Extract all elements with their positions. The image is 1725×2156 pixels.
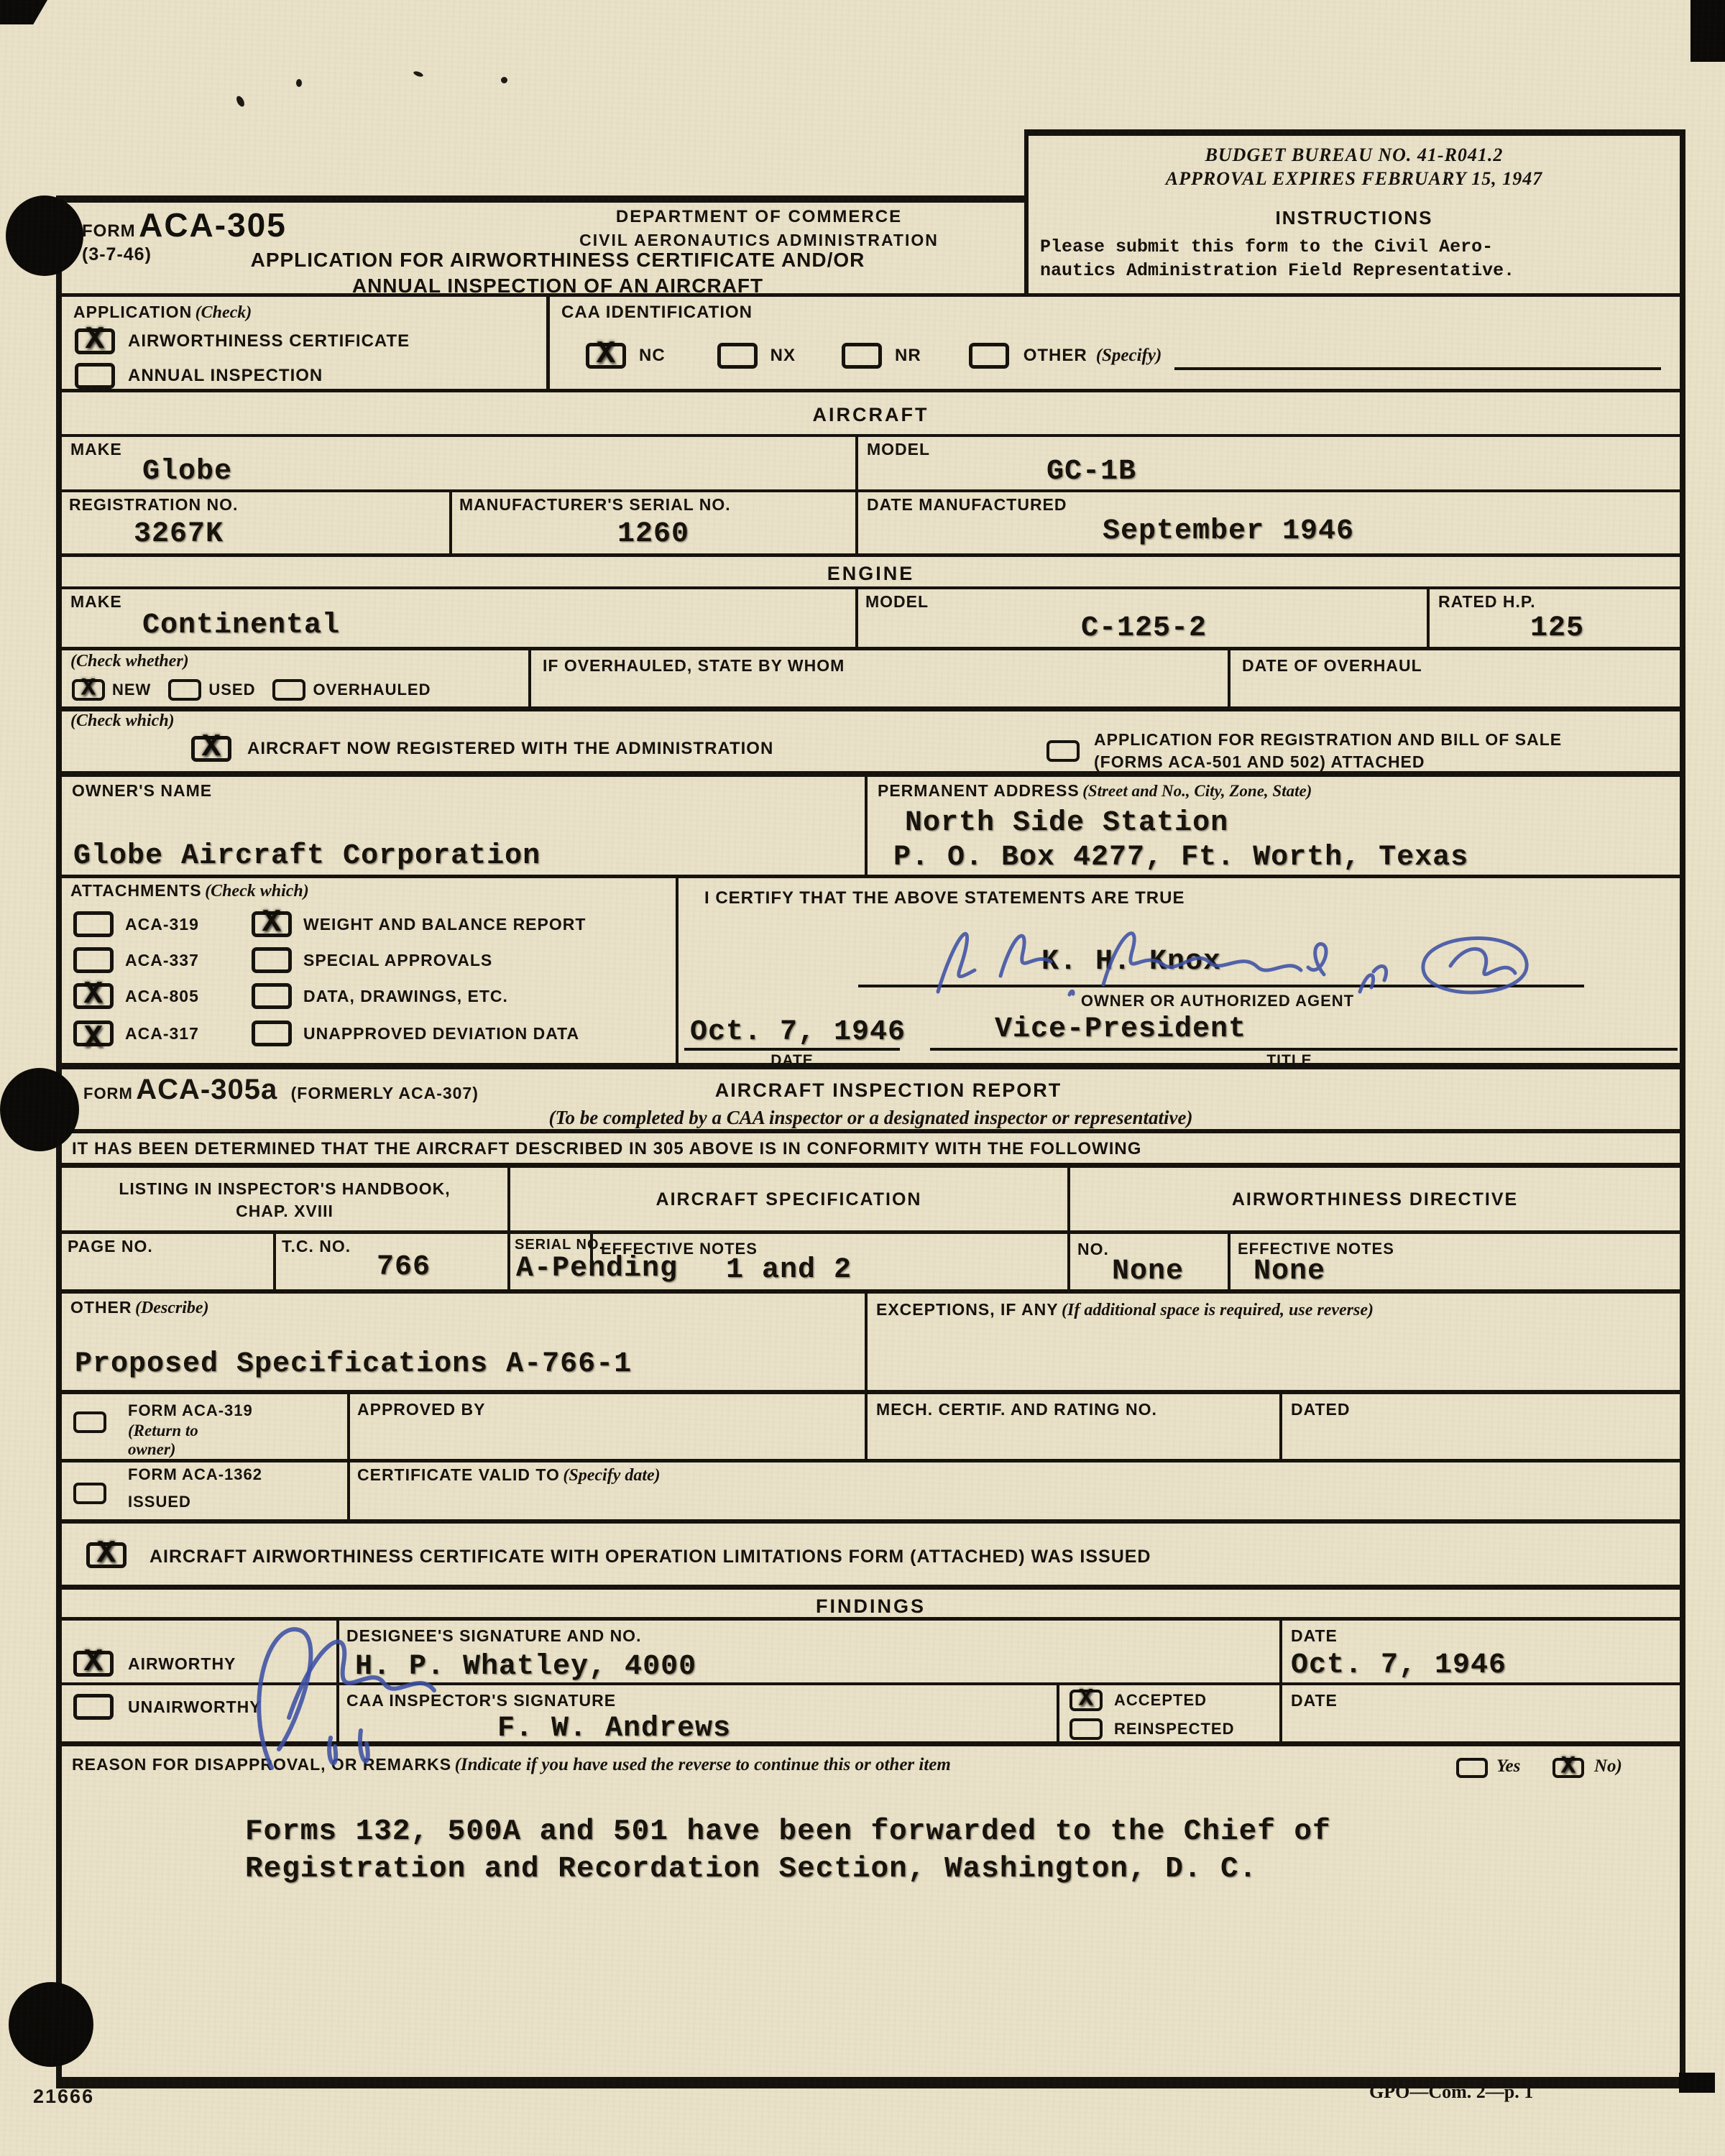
- address-line1: North Side Station: [905, 807, 1228, 839]
- certificate-issued-checkbox[interactable]: [86, 1542, 126, 1568]
- findings-date2-label: DATE: [1291, 1691, 1338, 1710]
- certification-title-line[interactable]: [930, 1048, 1678, 1051]
- attachments-label: ATTACHMENTS: [70, 881, 202, 900]
- scan-corner-mark-top-right: [1690, 0, 1725, 62]
- spec-serial-value: A-Pending: [516, 1253, 678, 1285]
- other-specify-line[interactable]: [1174, 341, 1661, 370]
- registered-label: AIRCRAFT NOW REGISTERED WITH THE ADMINIS…: [247, 739, 773, 759]
- airworthiness-certificate-checkbox[interactable]: [75, 328, 115, 354]
- engine-new-label: NEW: [112, 681, 151, 699]
- department-line1: DEPARTMENT OF COMMERCE: [507, 207, 1011, 227]
- application-label: APPLICATION: [73, 303, 192, 321]
- form-title-line1: APPLICATION FOR AIRWORTHINESS CERTIFICAT…: [134, 249, 982, 272]
- aircraft-make-value: Globe: [142, 456, 232, 488]
- permanent-address-label: PERMANENT ADDRESS: [878, 781, 1080, 800]
- nc-checkbox[interactable]: [586, 343, 626, 369]
- row-spec-headers: LISTING IN INSPECTOR'S HANDBOOK, CHAP. X…: [62, 1168, 1680, 1234]
- engine-make-label: MAKE: [70, 592, 122, 612]
- form-title: APPLICATION FOR AIRWORTHINESS CERTIFICAT…: [134, 249, 982, 298]
- conformity-statement: IT HAS BEEN DETERMINED THAT THE AIRCRAFT…: [72, 1139, 1141, 1159]
- nr-checkbox[interactable]: [842, 343, 882, 369]
- permanent-address-note: (Street and No., City, Zone, State): [1082, 782, 1312, 800]
- caa-identification-label: CAA IDENTIFICATION: [561, 303, 753, 323]
- aca-337-checkbox[interactable]: [73, 947, 114, 973]
- owner-name-label: OWNER'S NAME: [72, 781, 212, 801]
- aircraft-model-label: MODEL: [867, 440, 930, 459]
- nx-label: NX: [770, 346, 796, 366]
- form-word: FORM: [82, 221, 136, 241]
- whatley-handwritten-signature: [230, 1597, 474, 1777]
- row-owner-address: OWNER'S NAME Globe Aircraft Corporation …: [62, 777, 1680, 878]
- approved-by-label: APPROVED BY: [357, 1400, 485, 1419]
- other-label: OTHER: [1023, 346, 1087, 366]
- aircraft-make-label: MAKE: [70, 440, 122, 459]
- bill-of-sale-line2: (FORMS ACA-501 AND 502) ATTACHED: [1094, 752, 1562, 772]
- findings-date1-value: Oct. 7, 1946: [1291, 1649, 1506, 1682]
- reinspected-label: REINSPECTED: [1114, 1720, 1234, 1738]
- row-form-319: FORM ACA-319 (Return to owner) APPROVED …: [62, 1394, 1680, 1462]
- row-application-caa: APPLICATION (Check) AIRWORTHINESS CERTIF…: [62, 297, 1680, 392]
- punch-hole-top: [6, 195, 83, 276]
- registration-no-value: 3267K: [134, 518, 224, 550]
- reason-remarks-note: (Indicate if you have used the reverse t…: [455, 1755, 951, 1774]
- instructions-box: INSTRUCTIONS Please submit this form to …: [1024, 203, 1680, 293]
- registered-checkbox[interactable]: [191, 736, 231, 762]
- scan-speck: [501, 77, 507, 83]
- inspection-form-word: FORM: [83, 1084, 133, 1102]
- caa-identification-cell: CAA IDENTIFICATION NC NX NR OTHER (Speci…: [546, 297, 1680, 389]
- bill-of-sale-checkbox[interactable]: [1046, 740, 1080, 762]
- attachments-cell: ATTACHMENTS (Check which) ACA-319 WEIGHT…: [62, 878, 676, 1063]
- bill-of-sale-line1: APPLICATION FOR REGISTRATION AND BILL OF…: [1094, 730, 1562, 750]
- row-engine-condition: (Check whether) NEW USED OVERHAULED IF O…: [62, 650, 1680, 711]
- row-engine-make-model: MAKE Continental MODEL C-125-2 RATED H.P…: [62, 589, 1680, 650]
- aca-317-label: ACA-317: [125, 1024, 240, 1044]
- application-note: (Check): [195, 303, 252, 322]
- remarks-text-line1: Forms 132, 500A and 501 have been forwar…: [245, 1815, 1331, 1848]
- instructions-line1: Please submit this form to the Civil Aer…: [1040, 236, 1680, 257]
- other-checkbox[interactable]: [969, 343, 1009, 369]
- form-1362-issued-label: ISSUED: [128, 1493, 191, 1511]
- certification-date-value: Oct. 7, 1946: [690, 1016, 906, 1049]
- dated-label: DATED: [1291, 1400, 1351, 1419]
- overhauled-by-whom-label: IF OVERHAULED, STATE BY WHOM: [543, 656, 845, 676]
- certification-date-line[interactable]: [684, 1048, 900, 1051]
- application-check-cell: APPLICATION (Check) AIRWORTHINESS CERTIF…: [62, 297, 546, 389]
- other-describe-note: (Describe): [135, 1299, 209, 1317]
- weight-balance-label: WEIGHT AND BALANCE REPORT: [303, 915, 586, 934]
- unapproved-deviation-checkbox[interactable]: [252, 1021, 292, 1046]
- certificate-valid-note: (Specify date): [563, 1466, 660, 1485]
- certificate-issued-text: AIRCRAFT AIRWORTHINESS CERTIFICATE WITH …: [149, 1547, 1151, 1567]
- exceptions-label: EXCEPTIONS, IF ANY: [876, 1300, 1059, 1319]
- row-form-1362: FORM ACA-1362 ISSUED CERTIFICATE VALID T…: [62, 1462, 1680, 1524]
- date-of-overhaul-label: DATE OF OVERHAUL: [1242, 656, 1422, 676]
- row-aircraft-make-model: MAKE Globe MODEL GC-1B: [62, 437, 1680, 492]
- nc-label: NC: [639, 346, 666, 366]
- engine-used-label: USED: [208, 681, 255, 699]
- form-body: BUDGET BUREAU NO. 41-R041.2 APPROVAL EXP…: [56, 195, 1685, 2088]
- exceptions-note: (If additional space is required, use re…: [1062, 1301, 1374, 1319]
- manufacturer-serial-label: MANUFACTURER'S SERIAL NO.: [459, 495, 731, 515]
- tc-no-label: T.C. NO.: [282, 1237, 351, 1256]
- aircraft-model-value: GC-1B: [1046, 456, 1136, 488]
- listing-header-line1: LISTING IN INSPECTOR'S HANDBOOK,: [62, 1179, 507, 1199]
- engine-model-label: MODEL: [865, 592, 929, 612]
- row-remarks: REASON FOR DISAPPROVAL, OR REMARKS (Indi…: [62, 1746, 1680, 2075]
- mech-certif-label: MECH. CERTIF. AND RATING NO.: [876, 1400, 1157, 1419]
- airworthiness-directive-header: AIRWORTHINESS DIRECTIVE: [1070, 1189, 1680, 1210]
- row-form-header: FORM ACA-305 (3-7-46) DEPARTMENT OF COMM…: [62, 203, 1680, 297]
- form-319-checkbox[interactable]: [73, 1411, 106, 1433]
- aca-319-checkbox[interactable]: [73, 911, 114, 937]
- weight-balance-checkbox[interactable]: [252, 911, 292, 937]
- punch-hole-middle: [0, 1068, 79, 1151]
- aca-805-checkbox[interactable]: [73, 983, 114, 1009]
- data-drawings-checkbox[interactable]: [252, 983, 292, 1009]
- directive-no-value: None: [1112, 1256, 1184, 1288]
- other-describe-value: Proposed Specifications A-766-1: [75, 1348, 632, 1381]
- address-line2: P. O. Box 4277, Ft. Worth, Texas: [893, 842, 1468, 874]
- department-line2: CIVIL AERONAUTICS ADMINISTRATION: [507, 231, 1011, 250]
- airworthy-label: AIRWORTHY: [128, 1654, 236, 1674]
- inspection-report-subtitle: (To be completed by a CAA inspector or a…: [62, 1107, 1680, 1129]
- accepted-checkbox[interactable]: [1069, 1690, 1103, 1711]
- annual-inspection-checkbox[interactable]: [75, 363, 115, 389]
- inspection-form-number: ACA-305a: [136, 1074, 277, 1105]
- manufacturer-serial-value: 1260: [617, 518, 689, 550]
- annual-inspection-label: ANNUAL INSPECTION: [128, 366, 323, 386]
- reverse-no-checkbox[interactable]: [1552, 1758, 1584, 1778]
- aircraft-section-band: AIRCRAFT: [62, 392, 1680, 437]
- instructions-title: INSTRUCTIONS: [1029, 207, 1680, 229]
- scan-speck: [413, 70, 423, 78]
- engine-make-value: Continental: [142, 609, 340, 642]
- aca-337-label: ACA-337: [125, 951, 240, 970]
- punch-hole-bottom: [9, 1982, 93, 2067]
- tc-no-value: 766: [377, 1251, 431, 1284]
- directive-notes-value: None: [1253, 1256, 1325, 1288]
- nx-checkbox[interactable]: [717, 343, 758, 369]
- form-1362-label: FORM ACA-1362: [128, 1465, 262, 1484]
- scan-speck: [296, 79, 302, 87]
- budget-bureau-number: BUDGET BUREAU NO. 41-R041.2: [1029, 144, 1680, 166]
- reverse-yes-checkbox[interactable]: [1456, 1758, 1488, 1778]
- row-conformity-statement: IT HAS BEEN DETERMINED THAT THE AIRCRAFT…: [62, 1133, 1680, 1168]
- gpo-imprint: GPO—Com. 2—p. 1: [1369, 2081, 1533, 2103]
- rated-hp-label: RATED H.P.: [1438, 592, 1536, 612]
- engine-overhauled-label: OVERHAULED: [313, 681, 431, 699]
- approval-expires: APPROVAL EXPIRES FEBRUARY 15, 1947: [1029, 168, 1680, 190]
- scan-corner-mark-top-left: [0, 0, 47, 24]
- findings-date1-label: DATE: [1291, 1626, 1338, 1646]
- check-which-note: (Check which): [70, 711, 175, 731]
- form-1362-checkbox[interactable]: [73, 1483, 106, 1504]
- aircraft-specification-header: AIRCRAFT SPECIFICATION: [510, 1189, 1067, 1210]
- date-manufactured-label: DATE MANUFACTURED: [867, 495, 1067, 515]
- special-approvals-label: SPECIAL APPROVALS: [303, 951, 492, 970]
- certification-date-label: DATE: [684, 1052, 900, 1069]
- registration-no-label: REGISTRATION NO.: [69, 495, 238, 515]
- form-title-line2: ANNUAL INSPECTION OF AN AIRCRAFT: [134, 275, 982, 298]
- form-319-note1: (Return to: [128, 1422, 198, 1440]
- reverse-yes-label: Yes: [1496, 1756, 1520, 1777]
- certification-title-label: TITLE: [1182, 1052, 1397, 1069]
- date-manufactured-value: September 1946: [1103, 515, 1354, 548]
- engine-new-checkbox[interactable]: [72, 679, 105, 701]
- reinspected-checkbox[interactable]: [1069, 1718, 1103, 1740]
- directive-no-label: NO.: [1077, 1240, 1109, 1259]
- effective-notes-value: 1 and 2: [726, 1254, 852, 1286]
- attachments-note: (Check which): [205, 882, 309, 900]
- airworthiness-certificate-label: AIRWORTHINESS CERTIFICATE: [128, 331, 410, 351]
- aca-317-checkbox[interactable]: [73, 1021, 114, 1046]
- scan-corner-mark-bottom-right: [1679, 2073, 1715, 2093]
- budget-bureau-box: BUDGET BUREAU NO. 41-R041.2 APPROVAL EXP…: [1024, 129, 1685, 203]
- engine-section-band: ENGINE: [62, 557, 1680, 589]
- form-319-note2: owner): [128, 1440, 175, 1459]
- form-number: ACA-305: [139, 206, 287, 244]
- row-aca-305a-header: FORM ACA-305a (FORMERLY ACA-307) AIRCRAF…: [62, 1069, 1680, 1133]
- caa-inspector-signature-value: F. W. Andrews: [497, 1713, 731, 1745]
- unairworthy-checkbox[interactable]: [73, 1694, 114, 1720]
- row-spec-values: PAGE NO. T.C. NO. 766 SERIAL NO. EFFECTI…: [62, 1234, 1680, 1294]
- special-approvals-checkbox[interactable]: [252, 947, 292, 973]
- engine-overhauled-checkbox[interactable]: [272, 679, 305, 701]
- other-describe-label: OTHER: [70, 1298, 132, 1317]
- knox-handwritten-signature: [920, 907, 1567, 1022]
- scan-speck: [235, 95, 246, 108]
- data-drawings-label: DATA, DRAWINGS, ETC.: [303, 987, 508, 1006]
- certificate-valid-label: CERTIFICATE VALID TO: [357, 1465, 560, 1484]
- instructions-line2: nautics Administration Field Representat…: [1040, 260, 1680, 281]
- unapproved-deviation-label: UNAPPROVED DEVIATION DATA: [303, 1024, 579, 1044]
- check-whether-note: (Check whether): [70, 652, 189, 671]
- inspection-formerly: (FORMERLY ACA-307): [291, 1084, 479, 1102]
- row-other-exceptions: OTHER (Describe) Proposed Specifications…: [62, 1294, 1680, 1394]
- owner-name-value: Globe Aircraft Corporation: [73, 840, 540, 872]
- aca-805-label: ACA-805: [125, 987, 240, 1006]
- inspection-report-title: AIRCRAFT INSPECTION REPORT: [565, 1079, 1212, 1102]
- row-aircraft-registration: REGISTRATION NO. 3267K MANUFACTURER'S SE…: [62, 492, 1680, 557]
- department-heading: DEPARTMENT OF COMMERCE CIVIL AERONAUTICS…: [507, 207, 1011, 250]
- listing-header-line2: CHAP. XVIII: [62, 1202, 507, 1221]
- row-registration-status: (Check which) AIRCRAFT NOW REGISTERED WI…: [62, 711, 1680, 777]
- aca-319-label: ACA-319: [125, 915, 240, 934]
- rated-hp-value: 125: [1530, 612, 1584, 645]
- engine-model-value: C-125-2: [1081, 612, 1207, 645]
- scanned-aca-305-form-page: BUDGET BUREAU NO. 41-R041.2 APPROVAL EXP…: [0, 0, 1725, 2156]
- page-no-label: PAGE NO.: [68, 1237, 153, 1256]
- accepted-label: ACCEPTED: [1114, 1691, 1207, 1710]
- other-specify-note: (Specify): [1096, 346, 1162, 366]
- certify-statement: I CERTIFY THAT THE ABOVE STATEMENTS ARE …: [704, 888, 1184, 908]
- engine-used-checkbox[interactable]: [168, 679, 201, 701]
- row-certificate-issued: AIRCRAFT AIRWORTHINESS CERTIFICATE WITH …: [62, 1524, 1680, 1590]
- remarks-text-line2: Registration and Recordation Section, Wa…: [245, 1853, 1257, 1886]
- airworthy-checkbox[interactable]: [73, 1651, 114, 1677]
- nr-label: NR: [895, 346, 921, 366]
- form-319-label: FORM ACA-319: [128, 1401, 253, 1420]
- reverse-no-label: No): [1594, 1756, 1622, 1777]
- print-order-number: 21666: [33, 2086, 94, 2108]
